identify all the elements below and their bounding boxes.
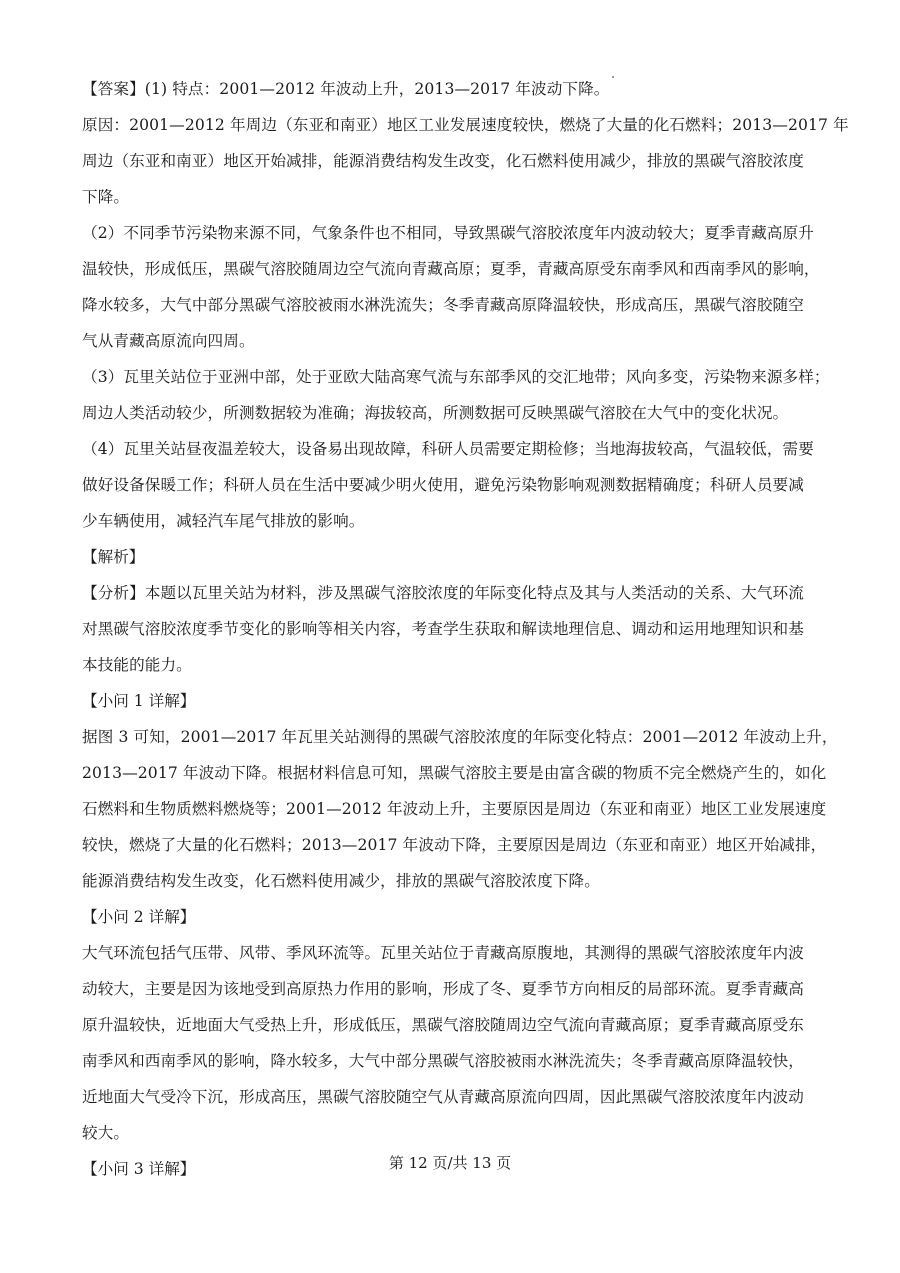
answer-part-3-line: （3）瓦里关站位于亚洲中部，处于亚欧大陆高寒气流与东部季风的交汇地带；风向多变，… <box>82 359 822 395</box>
answer-part-2-line: 降水较多，大气中部分黑碳气溶胶被雨水淋洗流失；冬季青藏高原降温较快，形成高压，黑… <box>82 287 822 323</box>
subquestion-2-line: 较大。 <box>82 1115 822 1151</box>
subquestion-2-heading: 【小问 2 详解】 <box>82 899 822 935</box>
answer-part-4-line: 少车辆使用，减轻汽车尾气排放的影响。 <box>82 503 822 539</box>
answer-part-3-line: 周边人类活动较少，所测数据较为准确；海拔较高，所测数据可反映黑碳气溶胶在大气中的… <box>82 395 822 431</box>
answer-reason-line: 周边（东亚和南亚）地区开始减排，能源消费结构发生改变，化石燃料使用减少，排放的黑… <box>82 143 822 179</box>
subquestion-1-line: 据图 3 可知，2001—2017 年瓦里关站测得的黑碳气溶胶浓度的年际变化特点… <box>82 719 822 755</box>
subquestion-2-line: 原升温较快，近地面大气受热上升，形成低压，黑碳气溶胶随周边空气流向青藏高原；夏季… <box>82 1007 822 1043</box>
answer-part-4-line: （4）瓦里关站昼夜温差较大，设备易出现故障，科研人员需要定期检修；当地海拔较高，… <box>82 431 822 467</box>
analysis-line: 【分析】本题以瓦里关站为材料，涉及黑碳气溶胶浓度的年际变化特点及其与人类活动的关… <box>82 575 822 611</box>
subquestion-2-line: 大气环流包括气压带、风带、季风环流等。瓦里关站位于青藏高原腹地，其测得的黑碳气溶… <box>82 935 822 971</box>
subquestion-2-line: 近地面大气受冷下沉，形成高压，黑碳气溶胶随空气从青藏高原流向四周，因此黑碳气溶胶… <box>82 1079 822 1115</box>
subquestion-1-line: 石燃料和生物质燃料燃烧等；2001—2012 年波动上升，主要原因是周边（东亚和… <box>82 791 822 827</box>
answer-part-2-line: （2）不同季节污染物来源不同，气象条件也不相同，导致黑碳气溶胶浓度年内波动较大；… <box>82 215 822 251</box>
analysis-heading: 【解析】 <box>82 539 822 575</box>
answer-reason-line: 原因：2001—2012 年周边（东亚和南亚）地区工业发展速度较快，燃烧了大量的… <box>82 107 822 143</box>
answer-part-2-line: 温较快，形成低压，黑碳气溶胶随周边空气流向青藏高原；夏季，青藏高原受东南季风和西… <box>82 251 822 287</box>
subquestion-1-line: 较快，燃烧了大量的化石燃料；2013—2017 年波动下降，主要原因是周边（东亚… <box>82 827 822 863</box>
answer-part-4-line: 做好设备保暖工作；科研人员在生活中要减少明火使用，避免污染物影响观测数据精确度；… <box>82 467 822 503</box>
subquestion-1-line: 2013—2017 年波动下降。根据材料信息可知，黑碳气溶胶主要是由富含碳的物质… <box>82 755 822 791</box>
answer-part-2-line: 气从青藏高原流向四周。 <box>82 323 822 359</box>
subquestion-2-line: 南季风和西南季风的影响，降水较多，大气中部分黑碳气溶胶被雨水淋洗流失；冬季青藏高… <box>82 1043 822 1079</box>
answer-heading-line: 【答案】(1) 特点：2001—2012 年波动上升，2013—2017 年波动… <box>82 71 822 107</box>
subquestion-1-line: 能源消费结构发生改变，化石燃料使用减少，排放的黑碳气溶胶浓度下降。 <box>82 863 822 899</box>
analysis-line: 对黑碳气溶胶浓度季节变化的影响等相关内容，考查学生获取和解读地理信息、调动和运用… <box>82 611 822 647</box>
analysis-line: 本技能的能力。 <box>82 647 822 683</box>
page-number: 第 12 页/共 13 页 <box>0 1152 900 1173</box>
subquestion-1-heading: 【小问 1 详解】 <box>82 683 822 719</box>
answer-reason-line: 下降。 <box>82 179 822 215</box>
document-body: 【答案】(1) 特点：2001—2012 年波动上升，2013—2017 年波动… <box>82 71 822 1187</box>
subquestion-2-line: 动较大，主要是因为该地受到高原热力作用的影响，形成了冬、夏季节方向相反的局部环流… <box>82 971 822 1007</box>
